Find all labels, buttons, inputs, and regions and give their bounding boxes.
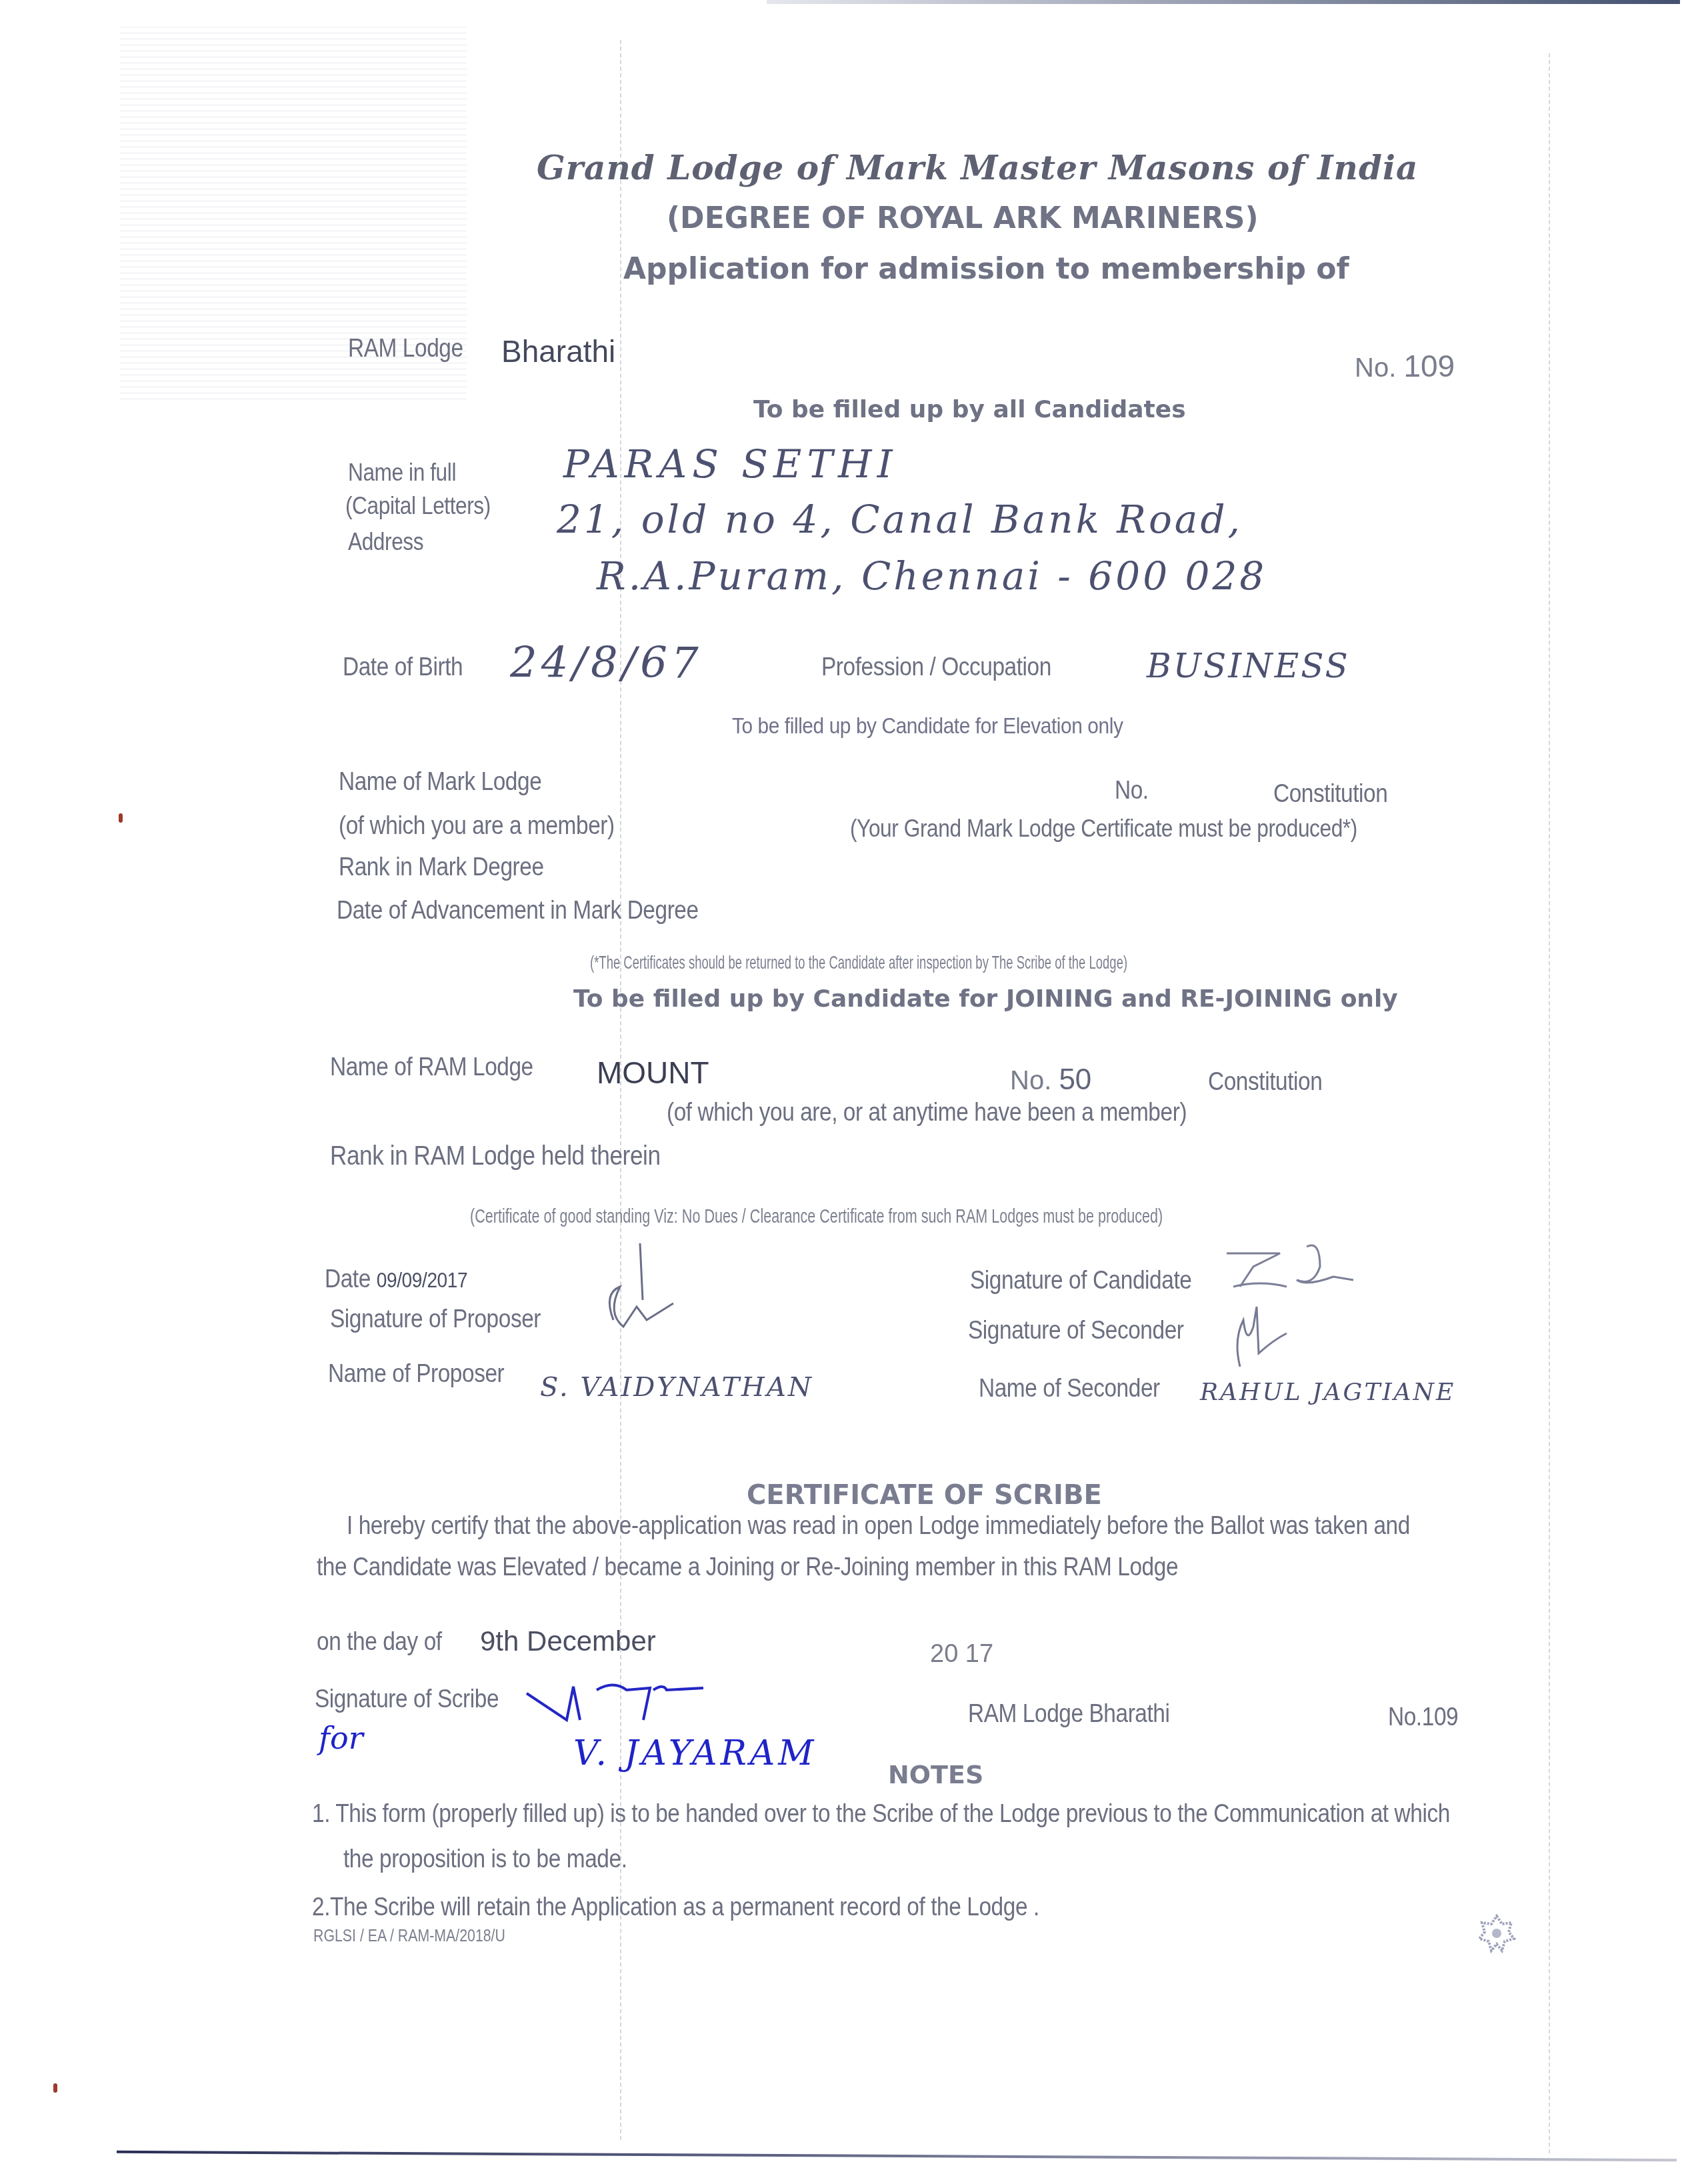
seconder-name-value: RAHUL JAGTIANE [1200,1379,1455,1406]
notes-heading: NOTES [888,1760,983,1789]
mark-rank-label: Rank in Mark Degree [339,853,544,882]
proposer-name-label: Name of Proposer [328,1360,504,1389]
year-field: 20 17 [930,1640,993,1669]
year-prefix: 20 [930,1640,958,1668]
section-joining-heading: To be filled up by Candidate for JOINING… [573,985,1398,1013]
seconder-name-label: Name of Seconder [979,1375,1160,1403]
section-elevation-heading: To be filled up by Candidate for Elevati… [732,713,1123,739]
ram-lodge-no-label: No. [1010,1066,1051,1095]
scribe-lodge-label: RAM Lodge [968,1700,1083,1728]
ram-lodge-number: No. 50 [1010,1063,1091,1097]
lodge-label: RAM Lodge [348,335,463,363]
certificate-text-line2: the Candidate was Elevated / became a Jo… [317,1553,1178,1582]
org-title: Grand Lodge of Mark Master Masons of Ind… [537,148,1418,187]
profession-label: Profession / Occupation [821,653,1051,682]
proposer-signature [593,1240,713,1347]
form-code: RGLSI / EA / RAM-MA/2018/U [313,1925,505,1946]
ram-lodge-no-value: 50 [1059,1063,1091,1096]
dob-label: Date of Birth [343,653,463,682]
note1-line2: the proposition is to be made. [343,1845,627,1874]
certificate-heading: CERTIFICATE OF SCRIBE [747,1480,1102,1511]
lodge-number-label: No. [1355,353,1396,383]
day-value: 9th December [480,1625,656,1657]
good-standing-note: (Certificate of good standing Viz: No Du… [470,1205,1163,1228]
name-sublabel: (Capital Letters) [345,492,491,520]
mark-lodge-sublabel: (of which you are a member) [339,812,615,841]
profession-value: BUSINESS [1147,647,1350,685]
ram-lodge-value: MOUNT [597,1055,709,1091]
scribe-sig-label: Signature of Scribe [315,1685,499,1714]
ram-rank-label: Rank in RAM Lodge held therein [330,1141,661,1171]
mark-lodge-constitution-label: Constitution [1273,780,1387,809]
ink-speck [119,813,123,823]
scribe-for-text: for [319,1720,363,1756]
membership-note: (of which you are, or at anytime have be… [667,1099,1187,1127]
address-line1: 21, old no 4, Canal Bank Road, [557,497,1243,542]
year-value: 17 [965,1640,993,1668]
degree-title: (DEGREE OF ROYAL ARK MARINERS) [667,201,1259,235]
mark-lodge-label: Name of Mark Lodge [339,768,541,797]
scribe-signature [520,1680,787,1740]
proposer-sig-label: Signature of Proposer [330,1305,541,1334]
note1-line1: 1. This form (properly filled up) is to … [312,1800,1450,1829]
scan-edge-bottom [117,2151,1677,2161]
seconder-sig-label: Signature of Seconder [968,1317,1184,1345]
address-label: Address [348,528,423,556]
date-label: Date [325,1265,371,1293]
lodge-seal-icon [1477,1913,1517,1953]
lodge-number: No. 109 [1355,348,1455,384]
ink-speck [53,2083,57,2093]
name-label: Name in full [348,459,456,487]
certificate-text-line1: I hereby certify that the above-applicat… [347,1512,1410,1541]
scan-edge-top [767,0,1680,4]
date-value: 09/09/2017 [377,1268,468,1292]
fold-line-right [1549,53,1550,2153]
scribe-lodge-no: No.109 [1388,1703,1458,1732]
certificate-note: (Your Grand Mark Lodge Certificate must … [850,815,1357,843]
candidate-sig-label: Signature of Candidate [970,1267,1191,1295]
name-value: PARAS SETHI [563,441,898,487]
lodge-number-value: 109 [1403,349,1455,383]
date-field: Date 09/09/2017 [325,1265,467,1294]
scribe-name: V. JAYARAM [573,1733,817,1773]
scribe-lodge-name: Bharathi [1089,1700,1169,1728]
candidate-signature [1220,1240,1367,1293]
note2: 2.The Scribe will retain the Application… [312,1893,1039,1922]
proposer-name-value: S. VAIDYNATHAN [540,1372,813,1403]
day-label: on the day of [317,1628,442,1657]
application-title: Application for admission to membership … [623,252,1349,286]
return-note: (*The Certificates should be returned to… [590,952,1127,973]
ram-lodge-label: Name of RAM Lodge [330,1053,533,1082]
dob-value: 24/8/67 [510,639,703,688]
address-line2: R.A.Puram, Chennai - 600 028 [597,553,1267,599]
seconder-signature [1227,1300,1307,1373]
mark-lodge-no-label: No. [1115,777,1149,805]
mark-advancement-label: Date of Advancement in Mark Degree [337,897,699,925]
lodge-name: Bharathi [501,333,615,369]
section-all-heading: To be filled up by all Candidates [753,396,1186,423]
scribe-lodge-field: RAM Lodge Bharathi [968,1700,1170,1729]
ram-lodge-constitution-label: Constitution [1208,1068,1322,1097]
